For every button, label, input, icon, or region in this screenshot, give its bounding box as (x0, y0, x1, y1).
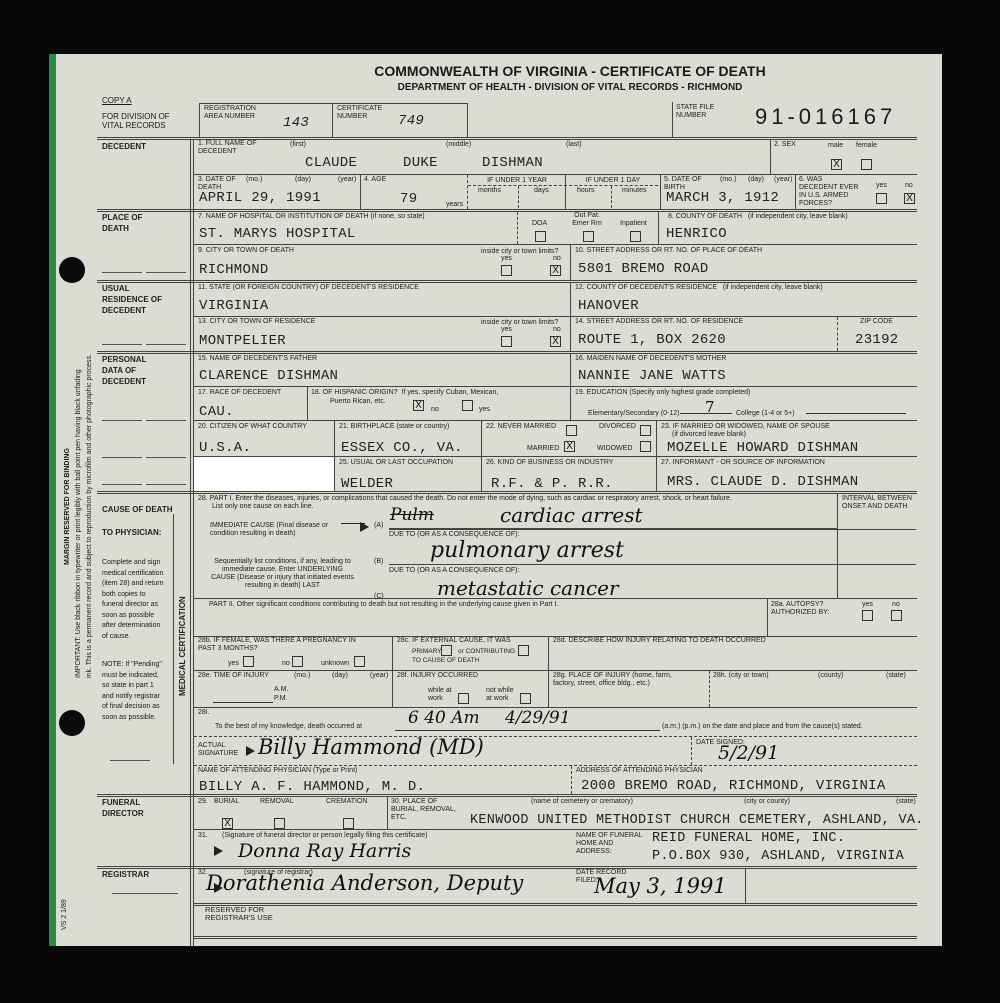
burial-label: BURIAL (214, 798, 239, 806)
primary-label: PRIMARY (412, 648, 442, 655)
divider (146, 420, 186, 421)
county-of-death-value: HENRICO (666, 226, 727, 242)
days-label: days (534, 187, 549, 195)
section-cause-of-death: CAUSE OF DEATH (102, 504, 173, 515)
divider (194, 316, 917, 317)
f28f-label: 28f. INJURY OCCURRED (397, 672, 478, 680)
pregnancy-unknown-checkbox[interactable] (354, 656, 365, 667)
divider (194, 598, 917, 599)
divider (110, 760, 150, 761)
death-time-value: 6 40 Am (408, 708, 480, 728)
divider (570, 387, 571, 420)
section-funeral-director: FUNERAL DIRECTOR (102, 797, 162, 819)
f1-label: 1. FULL NAME OF DECEDENT (198, 140, 258, 156)
punch-hole-top (59, 257, 85, 283)
immediate-cause-label: IMMEDIATE CAUSE (Final disease or condit… (210, 522, 345, 538)
divider (146, 457, 186, 458)
arrow-right-icon (214, 843, 223, 861)
f28d-label: 28d. DESCRIBE HOW INJURY RELATING TO DEA… (553, 637, 766, 645)
due-to-b: DUE TO (OR AS A CONSEQUENCE OF): (389, 567, 519, 575)
f9-limits-label: inside city or town limits? (481, 248, 558, 256)
f13-label: 13. CITY OR TOWN OF RESIDENCE (198, 318, 315, 326)
f30-state-hint: (state) (896, 798, 916, 806)
spouse-value: MOZELLE HOWARD DISHMAN (667, 440, 858, 456)
divider (389, 529, 916, 530)
divider (658, 211, 659, 244)
mother-name-value: NANNIE JANE WATTS (578, 368, 726, 384)
f28h-county: (county) (818, 672, 843, 680)
middle-name-label: (middle) (446, 141, 471, 149)
f11-label: 11. STATE (OR FOREIGN COUNTRY) OF DECEDE… (198, 284, 419, 292)
birthplace-value: ESSEX CO., VA. (341, 440, 463, 456)
f9-no-label: no (553, 255, 561, 263)
divider (672, 102, 673, 137)
widowed-label: WIDOWED (597, 445, 632, 453)
divider (548, 637, 549, 707)
f13-no-checkbox[interactable]: X (550, 336, 561, 347)
physician-name-value: BILLY A. F. HAMMOND, M. D. (199, 779, 425, 795)
f8-label: 8. COUNTY OF DEATH (if independent city,… (668, 213, 848, 221)
f31-hint: (Signature of funeral director or person… (222, 832, 427, 840)
divider (146, 272, 186, 273)
outpat-label: Out Pat. Emer Rm (567, 212, 607, 228)
autopsy-no-checkbox[interactable] (891, 610, 902, 621)
divider (146, 344, 186, 345)
armed-yes-label: yes (876, 182, 887, 190)
residence-county-value: HANOVER (578, 298, 639, 314)
divider (767, 599, 768, 636)
f20-label: 20. CITIZEN OF WHAT COUNTRY (198, 423, 307, 431)
f12-label: 12. COUNTY OF DECEDENT'S RESIDENCE (if i… (575, 284, 823, 292)
injury-time-line[interactable] (213, 702, 273, 703)
zip-label: ZIP CODE (860, 318, 893, 326)
divider (837, 493, 838, 598)
f14-label: 14. STREET ADDRESS OR RT. NO. OF RESIDEN… (575, 318, 743, 326)
f9-label: 9. CITY OR TOWN OF DEATH (198, 247, 294, 255)
divider (194, 829, 917, 830)
copy-for: FOR DIVISION OF VITAL RECORDS (102, 112, 182, 130)
f31-label: 31. (198, 832, 208, 840)
divider (517, 212, 518, 244)
f28-part1: 28. PART I. Enter the diseases, injuries… (198, 495, 798, 503)
binding-strip (49, 54, 56, 946)
physician-name-label: NAME OF ATTENDING PHYSICIAN (Type or Pri… (198, 767, 357, 775)
divider (173, 514, 174, 764)
divider (660, 175, 661, 209)
never-married-checkbox[interactable] (566, 425, 577, 436)
signature-label: ACTUAL SIGNATURE (198, 742, 238, 758)
certificate-number-label: CERTIFICATE NUMBER (337, 105, 387, 121)
divider (387, 796, 388, 829)
f19-label: 19. EDUCATION (Specify only highest grad… (575, 389, 750, 397)
interval-label: INTERVAL BETWEEN ONSET AND DEATH (842, 495, 914, 511)
cause-a-struck: Pulm (390, 505, 434, 525)
f6-label: 6. WAS DECEDENT EVER IN U.S. ARMED FORCE… (799, 176, 861, 208)
page-subtitle: DEPARTMENT OF HEALTH - DIVISION OF VITAL… (300, 82, 840, 93)
f17-label: 17. RACE OF DECEDENT (198, 389, 281, 397)
divider (194, 765, 917, 766)
divider (571, 766, 572, 794)
divider (102, 457, 142, 458)
autopsy-no-label: no (892, 601, 900, 609)
last-name-label: (last) (566, 141, 582, 149)
registration-area-value: 143 (283, 115, 309, 131)
binding-margin-label: MARGIN RESERVED FOR BINDING (64, 448, 71, 565)
funeral-home-address: P.O.BOX 930, ASHLAND, VIRGINIA (652, 849, 904, 864)
removal-checkbox[interactable] (274, 818, 285, 829)
age-years-label: years (446, 201, 463, 209)
cremation-checkbox[interactable] (343, 818, 354, 829)
f3-mo: (mo.) (246, 176, 262, 184)
f23-label: 23. IF MARRIED OR WIDOWED, NAME OF SPOUS… (661, 423, 830, 431)
death-address-value: 5801 BREMO ROAD (578, 261, 709, 277)
divider (112, 893, 178, 894)
part1-text: 28. PART I. Enter the diseases, injuries… (198, 495, 732, 502)
divider (146, 484, 186, 485)
while-at-work-label: while at work (428, 687, 458, 703)
divider (570, 353, 571, 386)
reserved-label: RESERVED FOR REGISTRAR'S USE (205, 906, 285, 922)
divider (193, 139, 194, 946)
pregnancy-unknown-label: unknown (321, 660, 349, 668)
death-occurred-suffix: (a.m.) (p.m.) on the date and place and … (662, 723, 863, 731)
divorced-checkbox[interactable] (640, 425, 651, 436)
date-filed-value: May 3, 1991 (594, 874, 727, 898)
sex-male-checkbox[interactable]: X (831, 159, 842, 170)
f30-name-hint: (name of cemetery or crematory) (531, 798, 633, 806)
f8-label-text: 8. COUNTY OF DEATH (668, 213, 742, 220)
divider (770, 139, 771, 174)
arrow-right-icon (246, 743, 255, 761)
autopsy-yes-label: yes (862, 601, 873, 609)
f13-yes-checkbox[interactable] (501, 336, 512, 347)
section-decedent: DECEDENT (102, 141, 146, 152)
state-file-label: STATE FILE NUMBER (676, 104, 726, 120)
married-checkbox[interactable]: X (564, 441, 575, 452)
minutes-label: minutes (622, 187, 647, 195)
form-id: VS 2 1/89 (61, 899, 68, 930)
medical-certification-label: MEDICAL CERTIFICATION (177, 596, 188, 696)
hispanic-no-checkbox[interactable]: X (413, 400, 424, 411)
f5-day: (day) (748, 176, 764, 184)
cremation-label: CREMATION (326, 798, 367, 806)
state-file-value: 91-016167 (755, 104, 896, 130)
divider (360, 175, 361, 209)
age-value: 79 (400, 191, 417, 207)
race-value: CAU. (199, 404, 234, 420)
divider (691, 737, 692, 765)
under-day-label: IF UNDER 1 DAY (566, 177, 660, 185)
divider (102, 420, 142, 421)
informant-value: MRS. CLAUDE D. DISHMAN (667, 474, 858, 490)
f28e-mo: (mo.) (294, 672, 310, 680)
physician-signature: Billy Hammond (MD) (258, 735, 484, 759)
divider (194, 420, 917, 421)
hispanic-yes-checkbox[interactable] (462, 400, 473, 411)
f18-hint2: Puerto Rican, etc. (330, 398, 386, 406)
f28g-label: 28g. PLACE OF INJURY (home, farm, factor… (553, 672, 683, 688)
while-at-work-checkbox[interactable] (458, 693, 469, 704)
divider (389, 564, 916, 565)
f3-day: (day) (295, 176, 311, 184)
last-name-value: DISHMAN (482, 155, 543, 171)
months-label: months (478, 187, 501, 195)
inpatient-checkbox[interactable] (630, 231, 641, 242)
to-cause-label: TO CAUSE OF DEATH (412, 657, 479, 664)
hispanic-yes-label: yes (479, 406, 490, 414)
punch-hole-bottom (59, 710, 85, 736)
primary-checkbox[interactable] (441, 645, 452, 656)
f10-label: 10. STREET ADDRESS OR RT. NO. OF PLACE O… (575, 247, 762, 255)
pregnancy-no-checkbox[interactable] (292, 656, 303, 667)
zip-value: 23192 (855, 332, 899, 348)
divider (97, 280, 917, 283)
armed-no-label: no (905, 182, 913, 190)
inpatient-label: Inpatient (620, 220, 647, 228)
autopsy-yes-checkbox[interactable] (862, 610, 873, 621)
arrow-right-icon (360, 519, 369, 537)
outpat-checkbox[interactable] (583, 231, 594, 242)
cause-c-marker: (C) (374, 593, 384, 601)
f25-label: 25. USUAL OR LAST OCCUPATION (339, 459, 453, 467)
residence-city-value: MONTPELIER (199, 333, 286, 349)
contributing-label: or CONTRIBUTING (458, 648, 515, 655)
hours-label: hours (577, 187, 595, 195)
divider (194, 386, 917, 387)
divider (194, 670, 917, 671)
married-label: MARRIED (527, 445, 559, 453)
armed-yes-checkbox[interactable] (876, 193, 887, 204)
f28i-label: 28i. (198, 709, 209, 717)
contributing-checkbox[interactable] (518, 645, 529, 656)
date-signed-value: 5/2/91 (718, 742, 779, 764)
important-note-line1: IMPORTANT: Use black ribbon in typewrite… (75, 369, 82, 678)
city-of-death-value: RICHMOND (199, 262, 269, 278)
f16-label: 16. MAIDEN NAME OF DECEDENT'S MOTHER (575, 355, 726, 363)
f28h-state: (state) (886, 672, 906, 680)
widowed-checkbox[interactable] (640, 441, 651, 452)
f9-yes-checkbox[interactable] (501, 265, 512, 276)
divider (97, 351, 917, 354)
divider (468, 185, 658, 186)
f28e-day: (day) (332, 672, 348, 680)
divider (102, 272, 142, 273)
f15-label: 15. NAME OF DECEDENT'S FATHER (198, 355, 317, 363)
f28b-label: 28b. IF FEMALE, WAS THERE A PREGNANCY IN… (198, 637, 358, 653)
f30-label: 30. PLACE OF BURIAL, REMOVAL, ETC. (391, 798, 461, 822)
f12-hint: (if independent city, leave blank) (723, 284, 823, 291)
pm-label: P.M. (274, 695, 288, 703)
divorced-label: DIVORCED (599, 423, 636, 431)
part2-text: PART II. Other significant conditions co… (209, 601, 558, 609)
education-elem-value: 7 (705, 398, 715, 416)
f27-label: 27. INFORMANT - OR SOURCE OF INFORMATION (661, 459, 825, 467)
f28c-label: 28c. IF EXTERNAL CAUSE, IT WAS (397, 637, 511, 645)
not-while-at-work-checkbox[interactable] (520, 693, 531, 704)
funeral-home-label: NAME OF FUNERAL HOME AND ADDRESS: (576, 832, 646, 856)
date-of-birth-value: MARCH 3, 1912 (666, 190, 779, 206)
pregnancy-no-label: no (282, 660, 290, 668)
f13-limits-label: inside city or town limits? (481, 319, 558, 327)
divider (97, 794, 917, 797)
divider (611, 186, 612, 208)
funeral-director-signature: Donna Ray Harris (238, 840, 411, 862)
f13-yes-label: yes (501, 326, 512, 334)
f23-hint: (if divorced leave blank) (672, 431, 746, 439)
occupation-value: WELDER (341, 476, 393, 492)
sex-female-label: female (856, 142, 877, 150)
cause-a-value: cardiac arrest (500, 503, 643, 527)
sex-female-checkbox[interactable] (861, 159, 872, 170)
registrar-signature: Dorathenia Anderson, Deputy (206, 871, 523, 895)
section-personal-data: PERSONAL DATA OF DECEDENT (102, 354, 162, 387)
doa-label: DOA (532, 220, 547, 228)
divider (395, 730, 660, 731)
divider (97, 491, 917, 494)
date-of-death-value: APRIL 29, 1991 (199, 190, 321, 206)
divider (837, 317, 838, 351)
divider (518, 186, 519, 208)
pregnancy-yes-checkbox[interactable] (243, 656, 254, 667)
residence-state-value: VIRGINIA (199, 298, 269, 314)
first-name-value: CLAUDE (305, 155, 357, 171)
first-name-label: (first) (290, 141, 306, 149)
doa-checkbox[interactable] (535, 231, 546, 242)
f18-label-text: 18. OF HISPANIC ORIGIN? (311, 389, 398, 396)
f18-label: 18. OF HISPANIC ORIGIN? If yes, specify … (311, 389, 498, 397)
middle-name-value: DUKE (403, 155, 438, 171)
registration-area-label: REGISTRATION AREA NUMBER (204, 105, 264, 121)
f5-year: (year) (774, 176, 792, 184)
f28e-label: 28e. TIME OF INJURY (198, 672, 269, 680)
f9-no-checkbox[interactable]: X (550, 265, 561, 276)
copy-label: COPY A (102, 96, 132, 105)
f26-label: 26. KIND OF BUSINESS OR INDUSTRY (486, 459, 613, 467)
physician-address-value: 2000 BREMO ROAD, RICHMOND, VIRGINIA (581, 778, 886, 794)
divider (745, 868, 746, 903)
under-year-label: IF UNDER 1 YEAR (468, 177, 566, 185)
death-date-value: 4/29/91 (505, 708, 571, 728)
section-usual-residence: USUAL RESIDENCE OF DECEDENT (102, 283, 172, 316)
divider (709, 671, 710, 707)
cause-c-value: metastatic cancer (437, 576, 619, 600)
removal-label: REMOVAL (260, 798, 294, 806)
never-married-label: 22. NEVER MARRIED (486, 423, 556, 431)
pending-note: NOTE: If "Pending" must be indicated, so… (102, 660, 166, 723)
f13-no-label: no (553, 326, 561, 334)
cause-b-marker: (B) (374, 558, 383, 566)
not-while-at-work-label: not while at work (486, 687, 520, 703)
sequential-label: Sequentially list conditions, if any, le… (210, 558, 355, 590)
hispanic-no-label: no (431, 406, 439, 414)
pregnancy-yes-label: yes (228, 660, 239, 668)
redacted-field-24 (194, 457, 334, 491)
business-value: R.F. & P. R.R. (491, 476, 613, 492)
section-registrar: REGISTRAR (102, 869, 149, 880)
hospital-value: ST. MARYS HOSPITAL (199, 226, 356, 242)
funeral-home-name: REID FUNERAL HOME, INC. (652, 831, 845, 846)
divider (307, 387, 308, 420)
divider (97, 209, 917, 212)
sex-male-label: male (828, 142, 843, 150)
divider (194, 244, 917, 245)
f2-label: 2. SEX (774, 141, 796, 149)
physician-instructions: Complete and sign medical certification … (102, 558, 166, 642)
burial-place-value: KENWOOD UNITED METHODIST CHURCH CEMETERY… (470, 813, 924, 828)
cause-b-value: pulmonary arrest (430, 538, 624, 563)
am-label: A.M. (274, 686, 288, 694)
divider (570, 245, 571, 280)
certificate-number-value: 749 (398, 113, 424, 129)
f9-yes-label: yes (501, 255, 512, 263)
important-note-line2: ink. This is a permanent record and subj… (86, 354, 93, 678)
f18-hint: If yes, specify Cuban, Mexican, (402, 389, 499, 396)
f4-label: 4. AGE (364, 176, 386, 184)
divider (392, 637, 393, 707)
father-name-value: CLARENCE DISHMAN (199, 368, 338, 384)
section-to-physician: TO PHYSICIAN: (102, 526, 162, 539)
divider (194, 936, 917, 939)
divider (795, 175, 796, 209)
armed-no-checkbox[interactable]: X (904, 193, 915, 204)
autopsy-label: 28a. AUTOPSY? AUTHORIZED BY: (771, 601, 846, 617)
cause-a-marker: (A) (374, 522, 383, 530)
f29-label: 29. (198, 798, 208, 806)
f12-label-text: 12. COUNTY OF DECEDENT'S RESIDENCE (575, 284, 717, 291)
burial-checkbox[interactable]: X (222, 818, 233, 829)
divider (97, 866, 917, 869)
education-elem-label: Elementary/Secondary (0-12) (588, 410, 679, 418)
divider (102, 484, 142, 485)
f21-label: 21. BIRTHPLACE (state or country) (339, 423, 449, 431)
f28h-label: 28h. (city or town) (713, 672, 769, 680)
section-place-of-death: PLACE OF DEATH (102, 212, 162, 234)
f30-city-hint: (city or county) (744, 798, 790, 806)
divider (570, 282, 571, 352)
death-occurred-text: To the best of my knowledge, death occur… (215, 723, 362, 731)
f28e-year: (year) (370, 672, 388, 680)
f8-hint: (if independent city, leave blank) (748, 213, 848, 220)
divider (102, 344, 142, 345)
physician-address-label: ADDRESS OF ATTENDING PHYSICIAN (576, 767, 703, 775)
page-title: COMMONWEALTH OF VIRGINIA - CERTIFICATE O… (280, 63, 860, 79)
divider (194, 174, 917, 175)
divider (190, 139, 191, 946)
part1-subtext: List only one cause on each line. (212, 503, 314, 511)
citizenship-value: U.S.A. (199, 440, 251, 456)
f3-year: (year) (338, 176, 356, 184)
education-college-label: College (1-4 or 5+) (736, 410, 795, 418)
residence-address-value: ROUTE 1, BOX 2620 (578, 332, 726, 348)
f5-mo: (mo.) (720, 176, 736, 184)
divider (194, 903, 917, 906)
f7-label: 7. NAME OF HOSPITAL OR INSTITUTION OF DE… (198, 213, 425, 221)
college-value-line[interactable] (806, 413, 906, 414)
